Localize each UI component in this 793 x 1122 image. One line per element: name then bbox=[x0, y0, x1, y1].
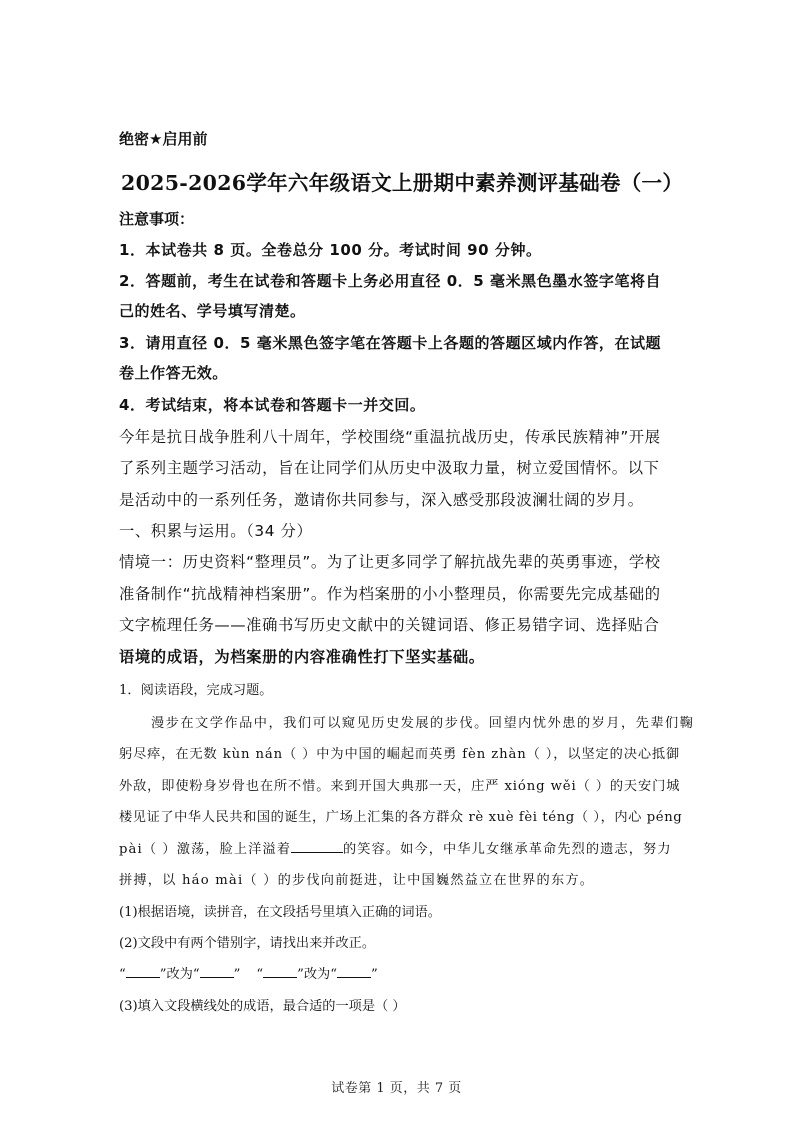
passage-line-2: 躬尽瘁，在无数 kùn nán（ ）中为中国的崛起而英勇 fèn zhàn（ ）… bbox=[119, 743, 680, 762]
question-1-prompt: 1．阅读语段，完成习题。 bbox=[119, 679, 272, 698]
correct-char-blank-1[interactable] bbox=[200, 965, 234, 978]
notice-item-3: 3．请用直径 0．5 毫米黑色签字笔在答题卡上各题的答题区域内作答，在试题 bbox=[119, 332, 661, 353]
wrong-char-blank-2[interactable] bbox=[263, 965, 297, 978]
notice-item-1: 1．本试卷共 8 页。全卷总分 100 分。考试时间 90 分钟。 bbox=[119, 239, 542, 260]
exam-page: 绝密★启用前 2025-2026学年六年级语文上册期中素养测评基础卷（一） 注意… bbox=[0, 0, 793, 1122]
intro-line-2: 了系列主题学习活动，旨在让同学们从历史中汲取力量，树立爱国情怀。以下 bbox=[119, 456, 660, 478]
notice-heading: 注意事项： bbox=[119, 208, 194, 229]
sub-question-3: (3)填入文段横线处的成语，最合适的一项是（ ） bbox=[119, 995, 406, 1014]
passage-line-1: 漫步在文学作品中，我们可以窥见历史发展的步伐。回望内忧外患的岁月，先辈们鞠 bbox=[151, 712, 694, 731]
confidential-label: 绝密★启用前 bbox=[119, 128, 207, 149]
page-title: 2025-2026学年六年级语文上册期中素养测评基础卷（一） bbox=[121, 166, 683, 196]
passage-line-6: 拼搏，以 háo mài（ ）的步伐向前挺进，让中国巍然益立在世界的东方。 bbox=[119, 869, 594, 888]
sub-question-1: (1)根据语境，读拼音，在文段括号里填入正确的词语。 bbox=[119, 901, 441, 920]
notice-item-4: 4．考试结束，将本试卷和答题卡一并交回。 bbox=[119, 394, 425, 415]
notice-item-3-cont: 卷上作答无效。 bbox=[119, 362, 228, 383]
context-line-1: 情境一：历史资料“整理员”。为了让更多同学了解抗战先辈的英勇事迹，学校 bbox=[119, 550, 661, 572]
correction-answer-row: “”改为“”“”改为“” bbox=[119, 963, 378, 982]
intro-line-1: 今年是抗日战争胜利八十周年，学校围绕“重温抗战历史，传承民族精神”开展 bbox=[119, 425, 661, 447]
passage-line-5: pài（ ）激荡，脸上洋溢着的笑容。如今，中华儿女继承革命先烈的遗志，努力 bbox=[119, 838, 672, 857]
passage-line-3: 外敌，即使粉身岁骨也在所不惜。来到开国大典那一天，庄严 xióng wěi（ ）… bbox=[119, 775, 680, 794]
intro-line-3: 是活动中的一系列任务，邀请你共同参与，深入感受那段波澜壮阔的岁月。 bbox=[119, 488, 644, 510]
passage-line-5-end: 的笑容。如今，中华儿女继承革命先烈的遗志，努力 bbox=[343, 842, 672, 857]
sub-question-2: (2)文段中有两个错别字，请找出来并改正。 bbox=[119, 932, 375, 951]
notice-item-2: 2．答题前，考生在试卷和答题卡上务必用直径 0．5 毫米黑色墨水签字笔将自 bbox=[119, 270, 661, 291]
section-heading: 一、积累与运用。（34 分） bbox=[119, 519, 312, 541]
notice-item-2-cont: 己的姓名、学号填写清楚。 bbox=[119, 300, 306, 321]
context-line-3: 文字梳理任务——准确书写历史文献中的关键词语、修正易错字词、选择贴合 bbox=[119, 613, 660, 635]
context-line-2: 准备制作“抗战精神档案册”。作为档案册的小小整理员，你需要先完成基础的 bbox=[119, 582, 661, 604]
passage-line-4: 楼见证了中华人民共和国的诞生，广场上汇集的各方群众 rè xuè fèi tén… bbox=[119, 806, 682, 825]
context-line-4: 语境的成语，为档案册的内容准确性打下坚实基础。 bbox=[119, 645, 485, 667]
page-footer: 试卷第 1 页，共 7 页 bbox=[0, 1077, 793, 1096]
correct-char-blank-2[interactable] bbox=[337, 965, 371, 978]
idiom-blank[interactable] bbox=[291, 840, 343, 853]
wrong-char-blank-1[interactable] bbox=[126, 965, 160, 978]
passage-line-5-start: pài（ ）激荡，脸上洋溢着 bbox=[119, 842, 291, 857]
